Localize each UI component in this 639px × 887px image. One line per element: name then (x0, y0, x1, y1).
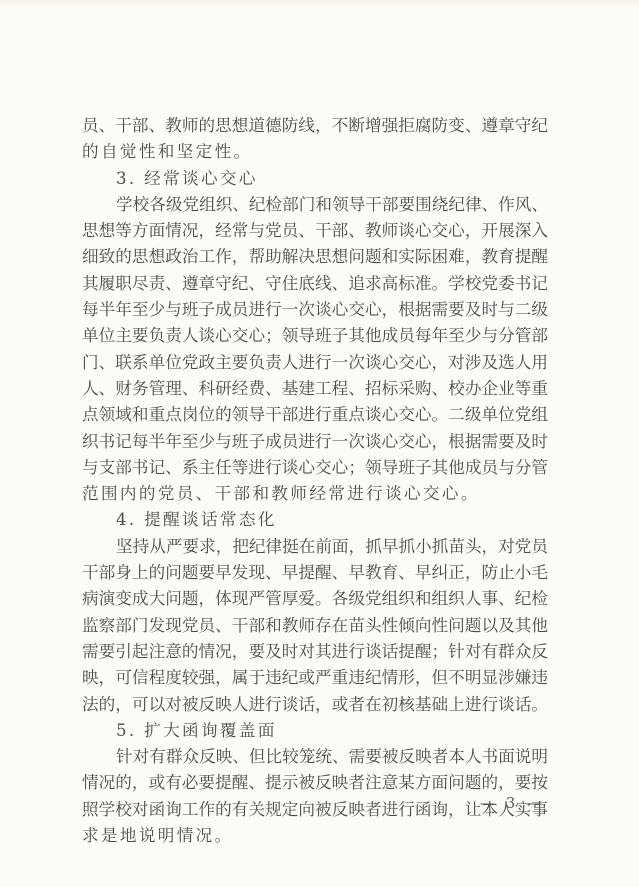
text-line: 其履职尽责、遵章守纪、守住底线、追求高标准。学校党委书记 (82, 271, 548, 297)
text-line: 细致的思想政治工作，帮助解决思想问题和实际困难，教育提醒 (82, 244, 548, 270)
text-line: 情况的，或有必要提醒、提示被反映者注意某方面问题的，要按 (82, 770, 548, 796)
paragraph-start: 学校各级党组织、纪检部门和领导干部要围绕纪律、作风、 (82, 192, 548, 218)
page-number: — 3 — (480, 794, 544, 812)
text-line: 与支部书记、系主任等进行谈心交心；领导班子其他成员与分管 (82, 455, 548, 481)
text-line: 范围内的党员、干部和教师经常进行谈心交心。 (82, 481, 548, 507)
text-line: 单位主要负责人谈心交心；领导班子其他成员每年至少与分管部 (82, 323, 548, 349)
text-line: 法的，可以对被反映人进行谈话，或者在初核基础上进行谈话。 (82, 692, 548, 718)
text-line: 织书记每半年至少与班子成员进行一次谈心交心，根据需要及时 (82, 429, 548, 455)
text-line: 照学校对函询工作的有关规定向被反映者进行函询，让本人实事 (82, 797, 548, 823)
section-heading-3: 3. 经常谈心交心 (82, 166, 548, 192)
text-line: 干部身上的问题要早发现、早提醒、早教育、早纠正，防止小毛 (82, 560, 548, 586)
text-line: 求是地说明情况。 (82, 823, 548, 849)
text-line: 映，可信程度较强，属于违纪或严重违纪情形，但不明显涉嫌违 (82, 665, 548, 691)
text-line: 监察部门发现党员、干部和教师存在苗头性倾向性问题以及其他 (82, 613, 548, 639)
text-line: 每半年至少与班子成员进行一次谈心交心，根据需要及时与二级 (82, 297, 548, 323)
paragraph-start: 针对有群众反映、但比较笼统、需要被反映者本人书面说明 (82, 744, 548, 770)
text-line: 门、联系单位党政主要负责人进行一次谈心交心，对涉及选人用 (82, 350, 548, 376)
text-line: 思想等方面情况，经常与党员、干部、教师谈心交心，开展深入 (82, 218, 548, 244)
section-heading-5: 5. 扩大函询覆盖面 (82, 718, 548, 744)
section-heading-4: 4. 提醒谈话常态化 (82, 507, 548, 533)
text-line: 点领域和重点岗位的领导干部进行重点谈心交心。二级单位党组 (82, 402, 548, 428)
paragraph-start: 坚持从严要求，把纪律挺在前面，抓早抓小抓苗头，对党员 (82, 534, 548, 560)
text-line: 人、财务管理、科研经费、基建工程、招标采购、校办企业等重 (82, 376, 548, 402)
page-top-edge (0, 0, 639, 8)
text-line: 病演变成大问题，体现严管厚爱。各级党组织和组织人事、纪检 (82, 586, 548, 612)
text-line: 员、干部、教师的思想道德防线，不断增强拒腐防变、遵章守纪 (82, 113, 548, 139)
text-line: 需要引起注意的情况，要及时对其进行谈话提醒；针对有群众反 (82, 639, 548, 665)
document-body: 员、干部、教师的思想道德防线，不断增强拒腐防变、遵章守纪 的自觉性和坚定性。 3… (82, 113, 548, 849)
text-line: 的自觉性和坚定性。 (82, 139, 548, 165)
